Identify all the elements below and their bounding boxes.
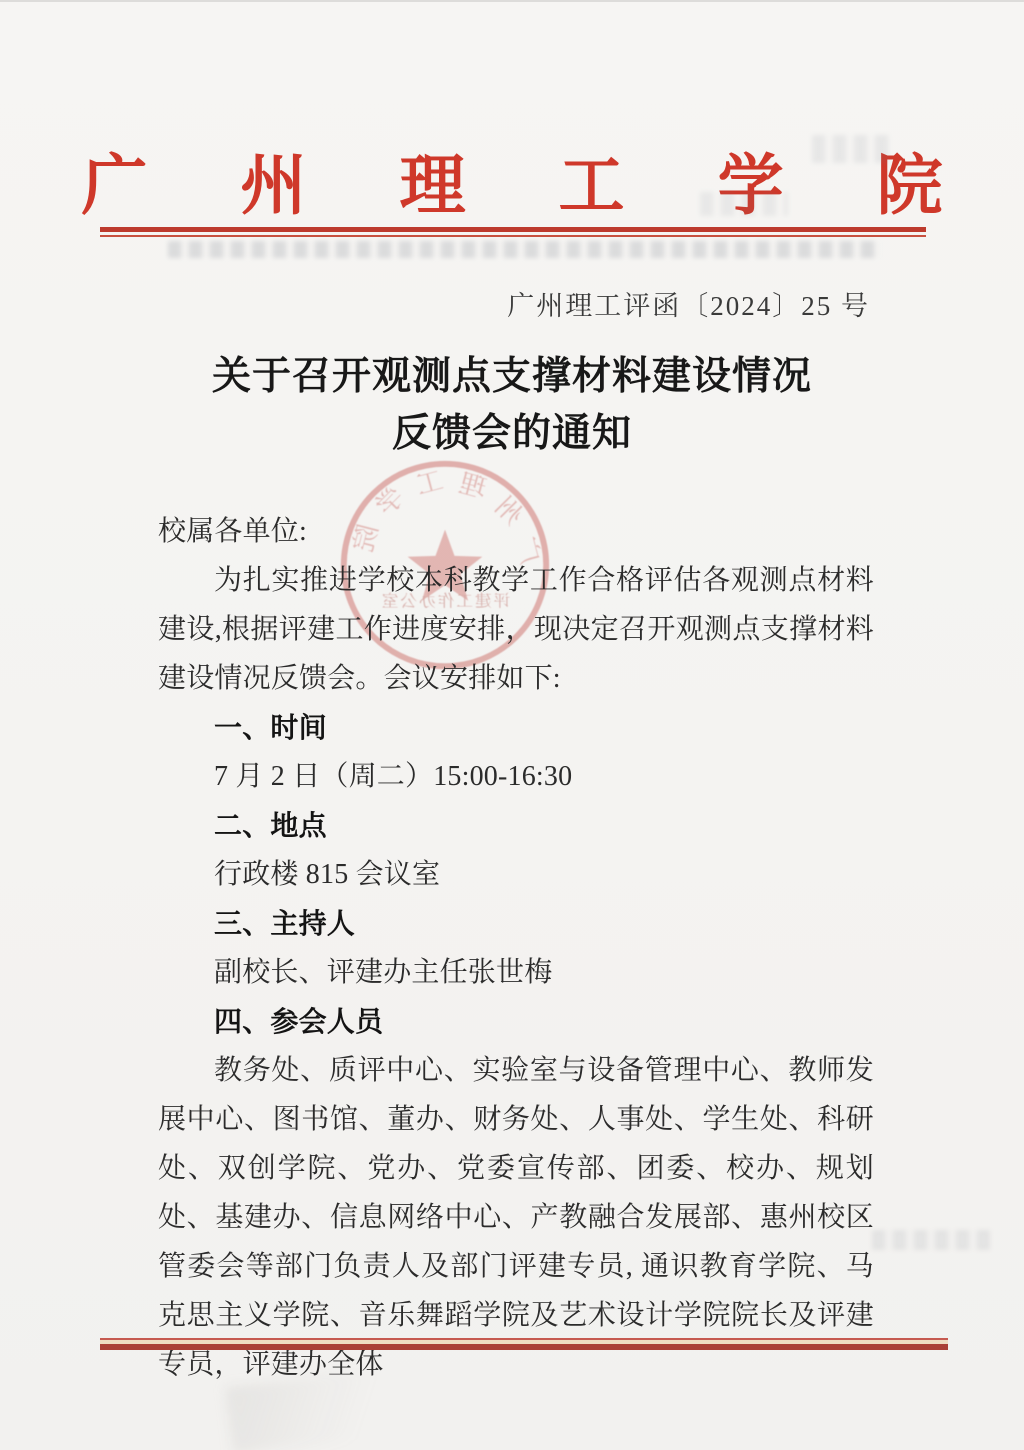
section-heading: 四、参会人员: [158, 997, 874, 1046]
bleed-through-artifact: [872, 1230, 990, 1250]
bleed-through-artifact: [812, 135, 890, 163]
scanned-notice-page: 广 州 理 工 学 院 广州理工评函〔2024〕25 号 关于召开观测点支撑材料…: [0, 0, 1024, 1450]
section-content: 行政楼 815 会议室: [158, 850, 874, 899]
doc-title-line1: 关于召开观测点支撑材料建设情况: [0, 348, 1024, 405]
section-heading: 二、地点: [158, 801, 874, 850]
doc-title: 关于召开观测点支撑材料建设情况 反馈会的通知: [0, 348, 1024, 462]
section-location: 二、地点 行政楼 815 会议室: [158, 801, 874, 899]
letterhead-rule-thin: [100, 235, 926, 237]
bleed-through-artifact: [168, 241, 880, 258]
notice-body: 校属各单位: 为扎实推进学校本科教学工作合格评估各观测点材料建设,根据评建工作进…: [158, 507, 874, 1389]
letterhead-rule: [100, 227, 926, 237]
section-content: 7 月 2 日（周二）15:00-16:30: [158, 752, 874, 801]
footer-rule: [100, 1338, 948, 1350]
section-host: 三、主持人 副校长、评建办主任张世梅: [158, 899, 874, 997]
footer-rule-thick: [100, 1344, 948, 1350]
salutation: 校属各单位:: [158, 507, 874, 556]
section-time: 一、时间 7 月 2 日（周二）15:00-16:30: [158, 703, 874, 801]
section-heading: 一、时间: [158, 703, 874, 752]
intro-paragraph: 为扎实推进学校本科教学工作合格评估各观测点材料建设,根据评建工作进度安排，现决定…: [158, 556, 874, 703]
section-attendees: 四、参会人员 教务处、质评中心、实验室与设备管理中心、教师发展中心、图书馆、董办…: [158, 997, 874, 1389]
section-content: 副校长、评建办主任张世梅: [158, 948, 874, 997]
section-heading: 三、主持人: [158, 899, 874, 948]
bleed-through-artifact: [700, 192, 788, 216]
doc-reference-number: 广州理工评函〔2024〕25 号: [507, 284, 870, 323]
